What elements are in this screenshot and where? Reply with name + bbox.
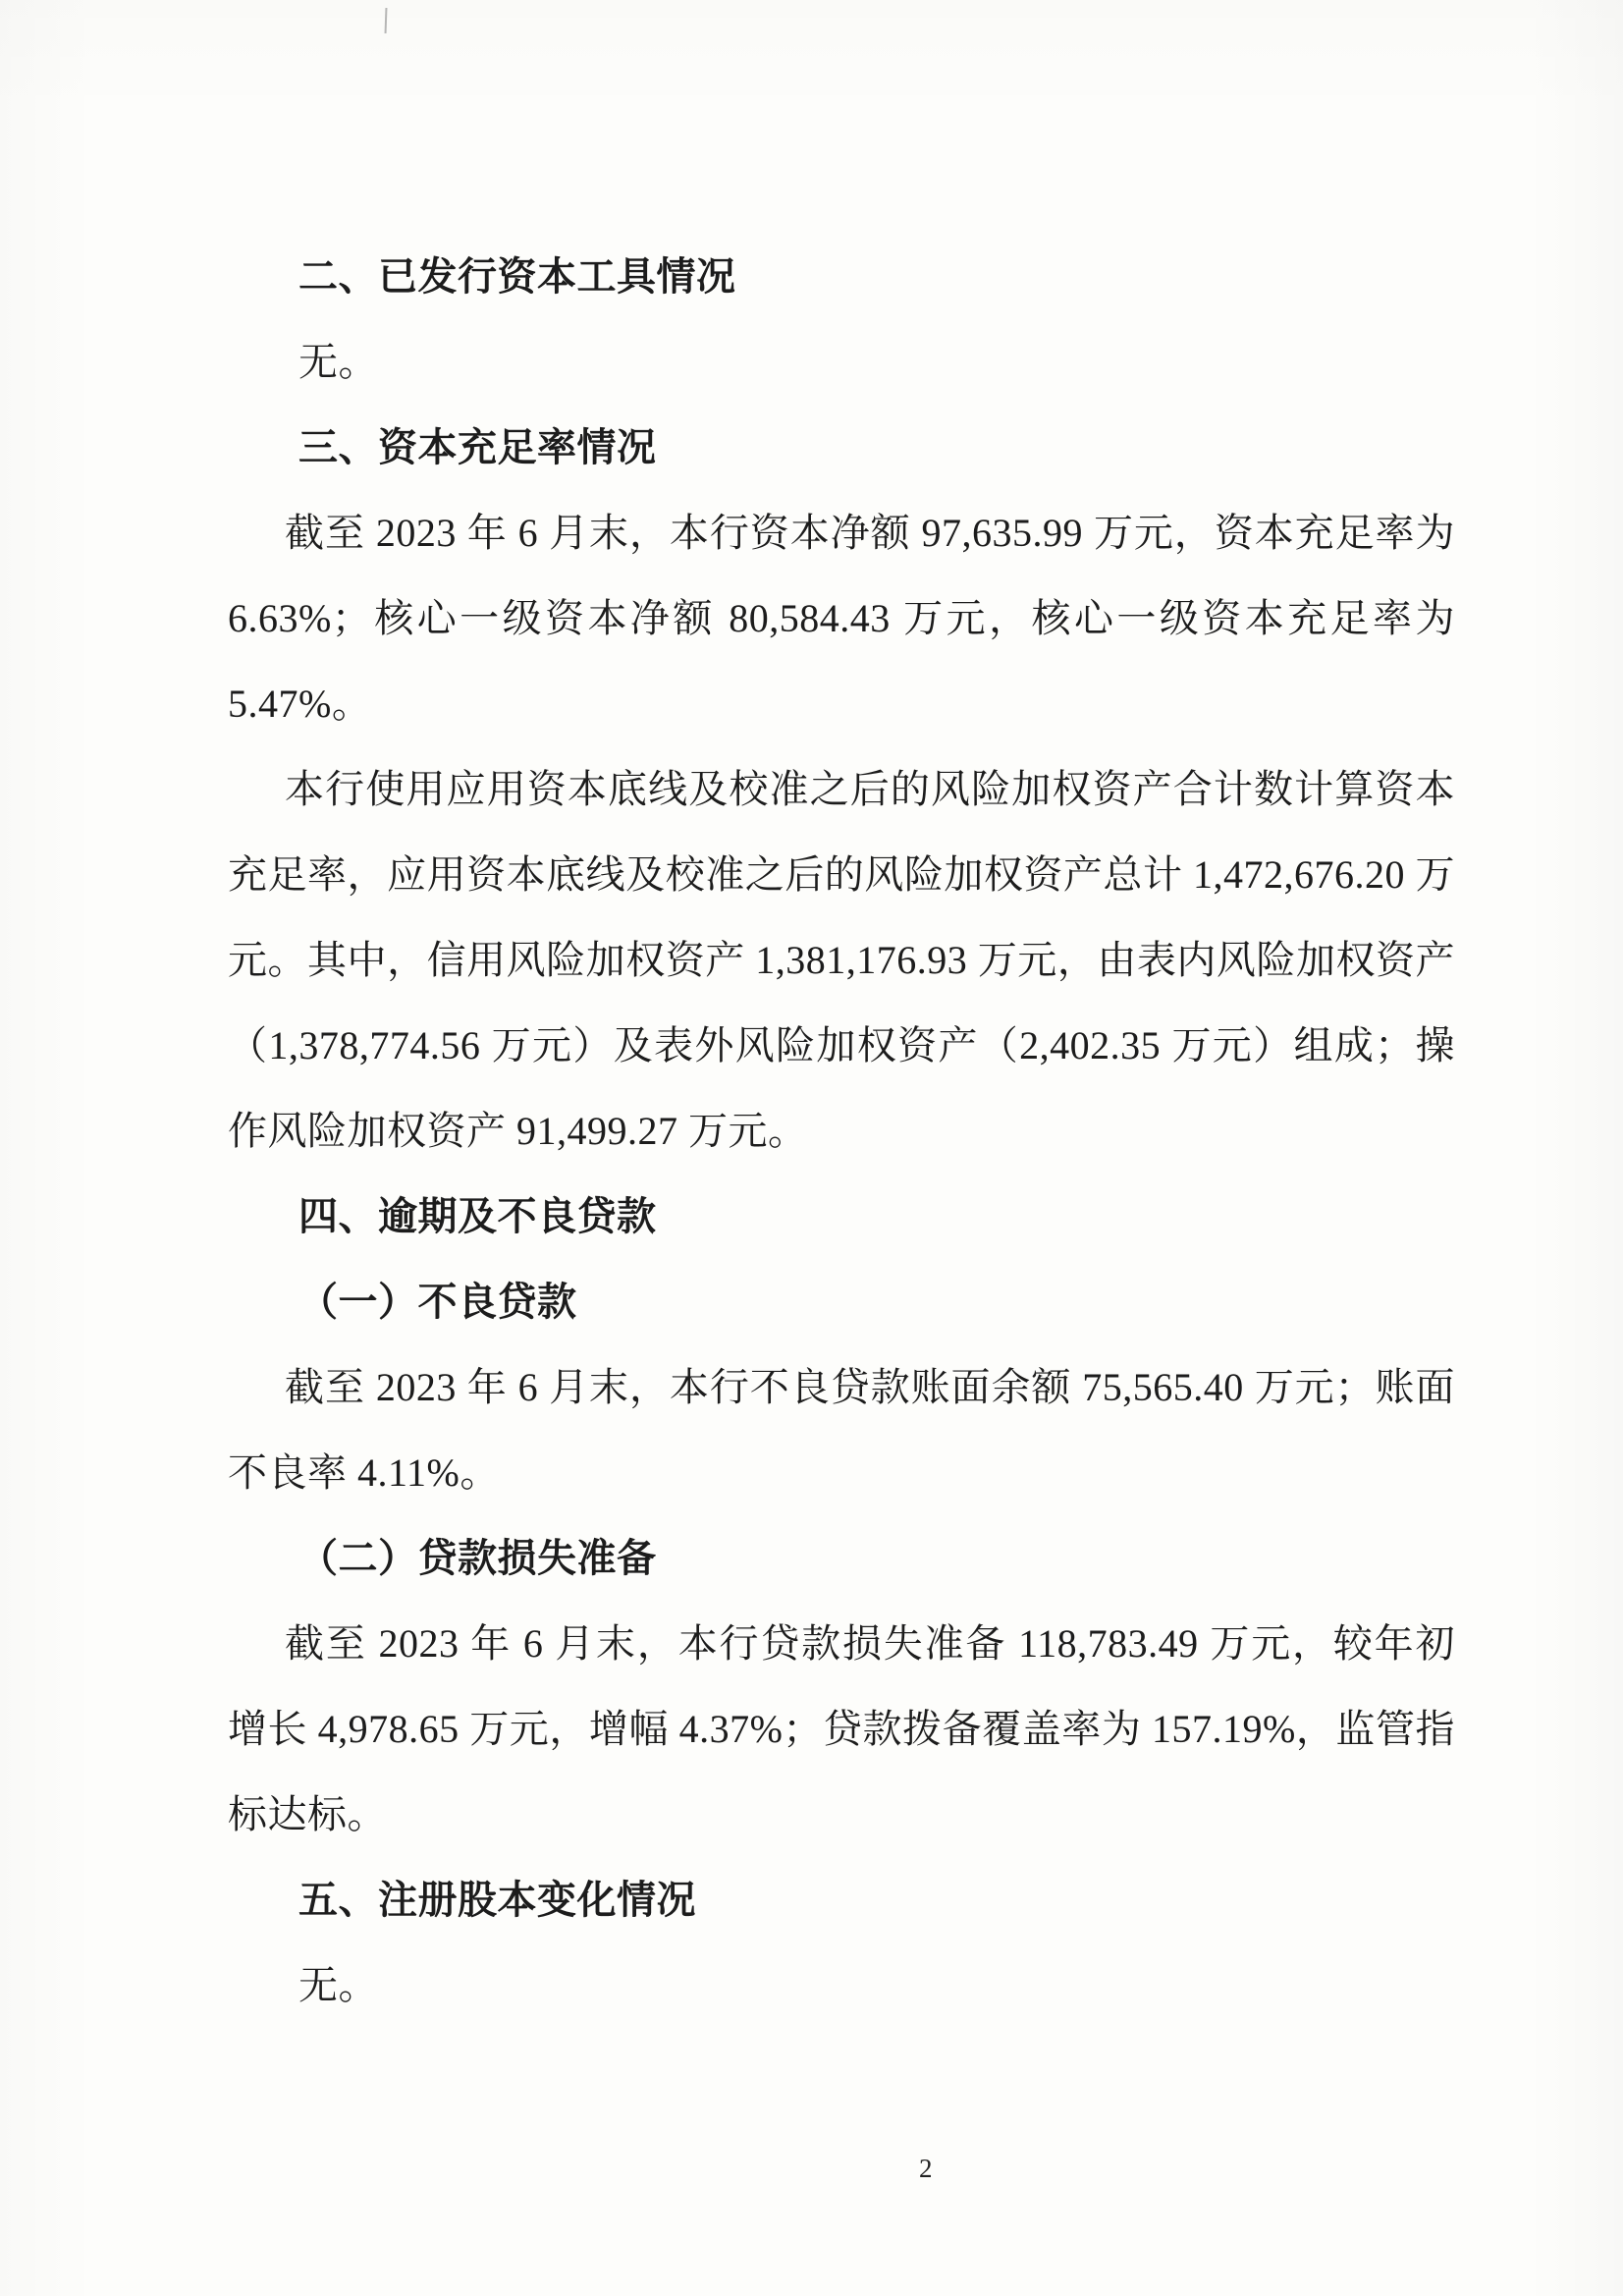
scan-artifact-mark xyxy=(385,8,388,33)
heading-issued-capital-instruments: 二、已发行资本工具情况 xyxy=(228,234,1455,319)
page-number: 2 xyxy=(919,2149,933,2188)
text-none-issued-instruments: 无。 xyxy=(228,319,1455,405)
para-loan-loss-provision-figures: 截至 2023 年 6 月末，本行贷款损失准备 118,783.49 万元，较年… xyxy=(228,1601,1455,1857)
subheading-npl: （一）不良贷款 xyxy=(228,1259,1455,1344)
para-npl-figures: 截至 2023 年 6 月末，本行不良贷款账面余额 75,565.40 万元；账… xyxy=(228,1344,1455,1515)
heading-capital-adequacy: 三、资本充足率情况 xyxy=(228,405,1455,490)
scanned-document-page: 二、已发行资本工具情况 无。 三、资本充足率情况 截至 2023 年 6 月末，… xyxy=(0,0,1623,2296)
document-body: 二、已发行资本工具情况 无。 三、资本充足率情况 截至 2023 年 6 月末，… xyxy=(228,234,1455,2028)
para-capital-adequacy-figures: 截至 2023 年 6 月末，本行资本净额 97,635.99 万元，资本充足率… xyxy=(228,490,1455,746)
subheading-loan-loss-provision: （二）贷款损失准备 xyxy=(228,1515,1455,1601)
heading-registered-capital-change: 五、注册股本变化情况 xyxy=(228,1857,1455,1942)
para-risk-weighted-assets: 本行使用应用资本底线及校准之后的风险加权资产合计数计算资本充足率，应用资本底线及… xyxy=(228,746,1455,1174)
text-none-registered-capital: 无。 xyxy=(228,1942,1455,2028)
heading-overdue-and-npl: 四、逾期及不良贷款 xyxy=(228,1174,1455,1259)
